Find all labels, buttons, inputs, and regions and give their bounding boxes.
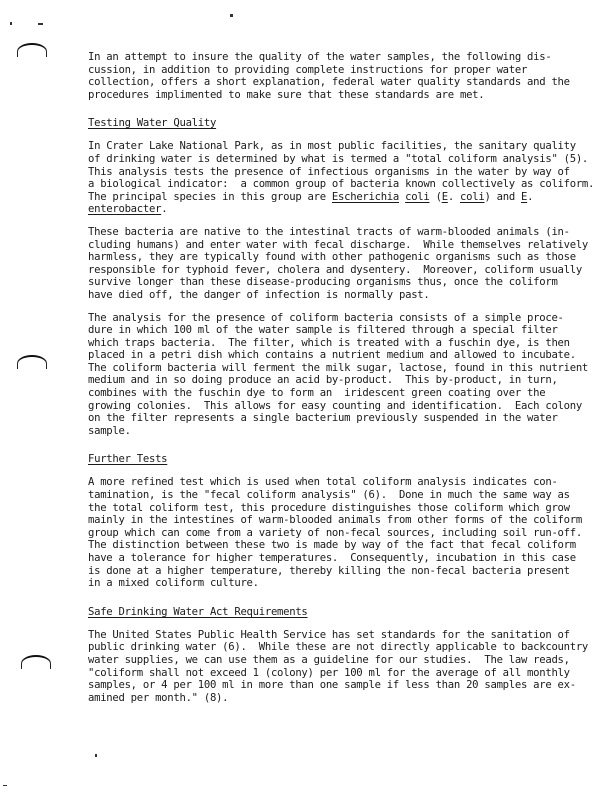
text-line: This analysis tests the presence of infe…: [88, 166, 603, 179]
text-line: The distinction between these two is mad…: [88, 539, 603, 552]
hole-punch-icon: [17, 355, 47, 369]
text-line: a biological indicator: a common group o…: [88, 178, 603, 191]
text-line: The United States Public Health Service …: [88, 629, 603, 642]
scan-speck: [10, 22, 12, 25]
text-line: combines with the fuschin dye to form an…: [88, 387, 603, 400]
paragraph: These bacteria are native to the intesti…: [88, 226, 603, 302]
text-line: harmless, they are typically found with …: [88, 251, 603, 264]
text-line: the total coliform test, this procedure …: [88, 502, 603, 515]
intro-paragraph: In an attempt to insure the quality of t…: [88, 51, 603, 101]
hole-punch-icon: [21, 655, 51, 669]
paragraph: A more refined test which is used when t…: [88, 476, 603, 589]
scan-speck: [3, 785, 7, 786]
paragraph: The United States Public Health Service …: [88, 629, 603, 705]
hole-punch-icon: [17, 43, 47, 57]
text-line: is done at a higher temperature, thereby…: [88, 565, 603, 578]
text-line: growing colonies. This allows for easy c…: [88, 400, 603, 413]
document-page: In an attempt to insure the quality of t…: [0, 0, 609, 792]
section-safe-drinking-water-act: Safe Drinking Water Act Requirements The…: [88, 600, 603, 705]
text-line: dure in which 100 ml of the water sample…: [88, 324, 603, 337]
text-line: have died off, the danger of infection i…: [88, 289, 603, 302]
text-line: In an attempt to insure the quality of t…: [88, 51, 603, 64]
text-line: "coliform shall not exceed 1 (colony) pe…: [88, 667, 603, 680]
text-line: on the filter represents a single bacter…: [88, 412, 603, 425]
text-line: collection, offers a short explanation, …: [88, 76, 603, 89]
text-line: These bacteria are native to the intesti…: [88, 226, 603, 239]
text-line-enterobacter: enterobacter.: [88, 203, 603, 216]
paragraph: In Crater Lake National Park, as in most…: [88, 140, 603, 216]
text-line: public drinking water (6). While these a…: [88, 641, 603, 654]
text-line: of drinking water is determined by what …: [88, 153, 603, 166]
text-line: which traps bacteria. The filter, which …: [88, 337, 603, 350]
text-line: cussion, in addition to providing comple…: [88, 64, 603, 77]
text-line: amined per month." (8).: [88, 692, 603, 705]
text-line: responsible for typhoid fever, cholera a…: [88, 264, 603, 277]
text-line: The coliform bacteria will ferment the m…: [88, 362, 603, 375]
text-line: water supplies, we can use them as a gui…: [88, 654, 603, 667]
section-further-tests: Further Tests A more refined test which …: [88, 447, 603, 589]
section-testing-water-quality: Testing Water Quality In Crater Lake Nat…: [88, 111, 603, 437]
text-line: sample.: [88, 425, 603, 438]
text-line: group which can come from a variety of n…: [88, 527, 603, 540]
text-line: The analysis for the presence of colifor…: [88, 312, 603, 325]
section-heading: Safe Drinking Water Act Requirements: [88, 606, 308, 619]
text-line-species: The principal species in this group are …: [88, 191, 603, 204]
text-line: medium and in so doing produce an acid b…: [88, 374, 603, 387]
text-line: samples, or 4 per 100 ml in more than on…: [88, 679, 603, 692]
text-line: A more refined test which is used when t…: [88, 476, 603, 489]
text-line: cluding humans) and enter water with fec…: [88, 239, 603, 252]
scan-speck: [230, 14, 233, 17]
document-body: In an attempt to insure the quality of t…: [88, 51, 603, 704]
text-line: have a tolerance for higher temperatures…: [88, 552, 603, 565]
paragraph: The analysis for the presence of colifor…: [88, 312, 603, 438]
text-line: placed in a petri dish which contains a …: [88, 349, 603, 362]
text-line: tamination, is the "fecal coliform analy…: [88, 489, 603, 502]
section-heading: Testing Water Quality: [88, 117, 216, 130]
scan-speck: [38, 23, 43, 25]
text-line: in a mixed coliform culture.: [88, 577, 603, 590]
text-line: In Crater Lake National Park, as in most…: [88, 140, 603, 153]
text-line: mainly in the intestines of warm-blooded…: [88, 514, 603, 527]
text-line: procedures implimented to make sure that…: [88, 89, 603, 102]
scan-speck: [95, 754, 97, 757]
section-heading: Further Tests: [88, 453, 167, 466]
text-line: survive longer than these disease-produc…: [88, 276, 603, 289]
